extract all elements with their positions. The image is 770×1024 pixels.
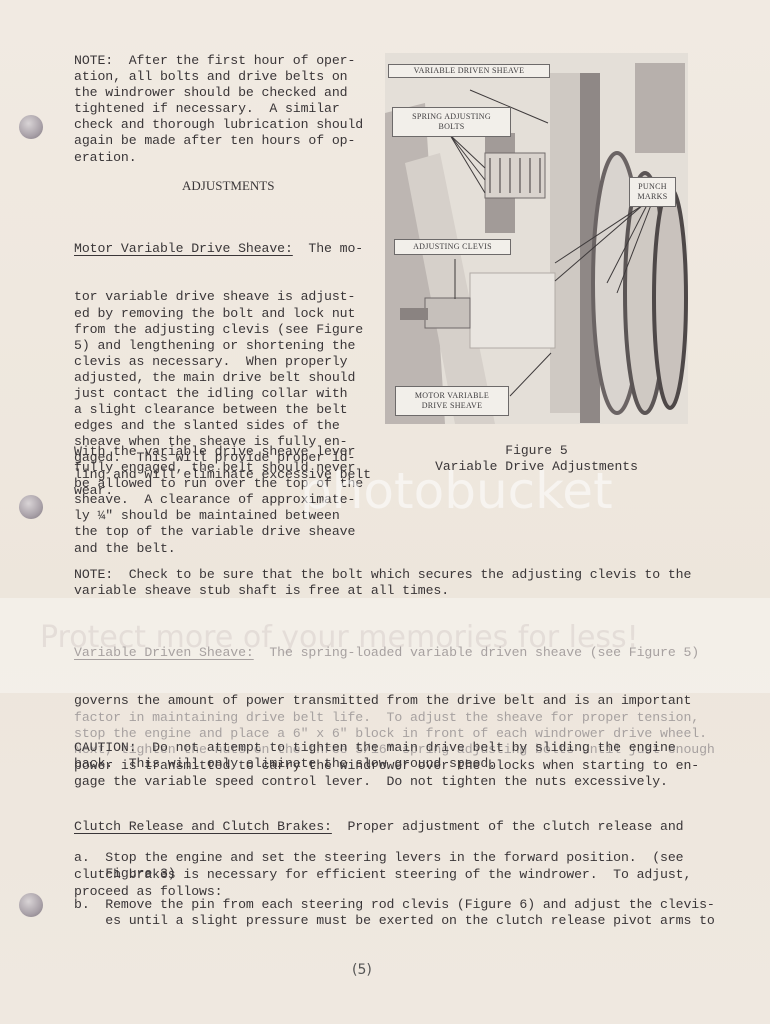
text-line: check and thorough lubrication should (74, 117, 363, 133)
label-adjusting-clevis: ADJUSTING CLEVIS (394, 239, 511, 255)
variable-driven-sheave-paragraph: Variable Driven Sheave: The spring-loade… (74, 613, 715, 806)
text-line: tightened if necessary. A similar (74, 101, 363, 117)
step-line: Figure 3) (74, 866, 683, 882)
figure-number: Figure 5 (385, 443, 688, 459)
driven-sheave-first-line: The spring-loaded variable driven sheave… (254, 645, 699, 660)
note-stub-shaft: NOTE: Check to be sure that the bolt whi… (74, 567, 691, 599)
watermark-brand: photobucket (300, 462, 613, 520)
text-line: governs the amount of power transmitted … (74, 693, 715, 709)
text-line: clevis as necessary. When properly (74, 354, 371, 370)
text-line: back. This will only eliminate the slow … (74, 756, 676, 772)
text-line: just contact the idling collar with (74, 386, 371, 402)
text-line: the windrower should be checked and (74, 85, 363, 101)
step-line: es until a slight pressure must be exert… (74, 913, 715, 929)
text-line: again be made after ten hours of op- (74, 133, 363, 149)
text-line: the top of the variable drive sheave (74, 524, 363, 540)
text-line: edges and the slanted sides of the (74, 418, 371, 434)
binder-hole-middle (19, 495, 43, 519)
step-line: b. Remove the pin from each steering rod… (74, 897, 715, 913)
text-line: a slight clearance between the belt (74, 402, 371, 418)
note-first-hour: NOTE: After the first hour of oper-ation… (74, 53, 363, 166)
text-line: adjusted, the main drive belt should (74, 370, 371, 386)
motor-sheave-title: Motor Variable Drive Sheave: (74, 241, 293, 256)
text-line: factor in maintaining drive belt life. T… (74, 710, 715, 726)
binder-hole-bottom (19, 893, 43, 917)
driven-sheave-title: Variable Driven Sheave: (74, 645, 254, 660)
label-motor-variable-drive-sheave: MOTOR VARIABLE DRIVE SHEAVE (395, 386, 509, 416)
step-b: b. Remove the pin from each steering rod… (74, 897, 715, 929)
section-heading: ADJUSTMENTS (182, 178, 274, 194)
text-line: variable sheave stub shaft is free at al… (74, 583, 691, 599)
motor-sheave-first-line: The mo- (293, 241, 363, 256)
text-line: NOTE: After the first hour of oper- (74, 53, 363, 69)
binder-hole-top (19, 115, 43, 139)
label-spring-adjusting-bolts: SPRING ADJUSTING BOLTS (392, 107, 511, 137)
page-number: (5) (352, 962, 372, 978)
text-line: ed by removing the bolt and lock nut (74, 306, 371, 322)
label-variable-driven-sheave: VARIABLE DRIVEN SHEAVE (388, 64, 550, 78)
text-line: 5) and lengthening or shortening the (74, 338, 371, 354)
text-line: NOTE: Check to be sure that the bolt whi… (74, 567, 691, 583)
clutch-title: Clutch Release and Clutch Brakes: (74, 819, 332, 834)
caution-paragraph: CAUTION: Do not attempt to tighten the m… (74, 740, 676, 772)
text-line: eration. (74, 150, 363, 166)
figure-5-photo: VARIABLE DRIVEN SHEAVE SPRING ADJUSTING … (385, 53, 688, 424)
text-line: from the adjusting clevis (see Figure (74, 322, 371, 338)
step-line: a. Stop the engine and set the steering … (74, 850, 683, 866)
text-line: With the variable drive sheave lever (74, 444, 363, 460)
text-line: tor variable drive sheave is adjust- (74, 289, 371, 305)
step-a: a. Stop the engine and set the steering … (74, 850, 683, 882)
text-line: ation, all bolts and drive belts on (74, 69, 363, 85)
text-line: CAUTION: Do not attempt to tighten the m… (74, 740, 676, 756)
clutch-first-line: Proper adjustment of the clutch release … (332, 819, 684, 834)
label-punch-marks: PUNCH MARKS (629, 177, 676, 207)
text-line: and the belt. (74, 541, 363, 557)
